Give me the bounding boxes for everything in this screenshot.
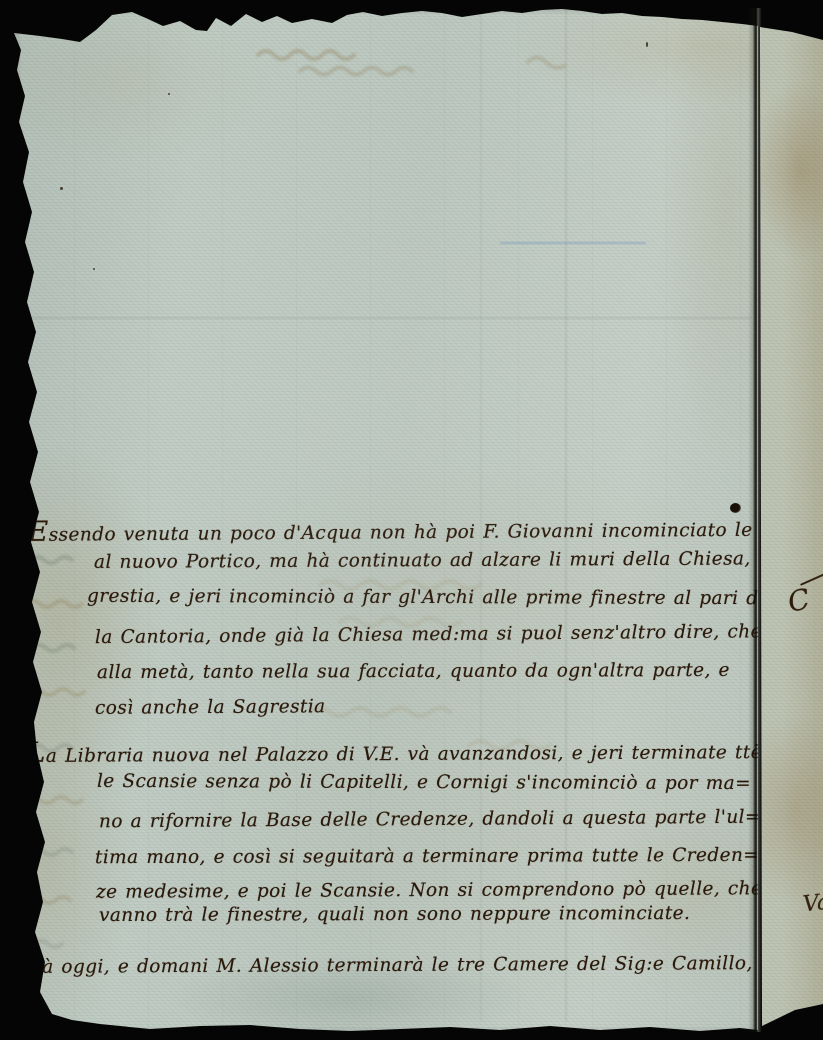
manuscript-line: alla metà, tanto nella sua facciata, qua… — [97, 660, 730, 683]
manuscript-line: al nuovo Portico, ma hà continuato ad al… — [94, 548, 818, 573]
manuscript-line: ze medesime, e poi le Scansie. Non si co… — [96, 878, 762, 902]
manuscript-line: Essendo venuta un poco d'Acqua non hà po… — [28, 509, 823, 548]
fold-crease — [748, 8, 764, 1032]
paper-crease — [480, 10, 482, 1022]
adjacent-page-writing-fragment: C — [785, 582, 813, 619]
ink-speck — [168, 93, 170, 95]
ink-speck — [646, 42, 648, 47]
manuscript-line: no a rifornire la Base delle Credenze, d… — [99, 807, 761, 833]
adjacent-page-writing-fragment: Va — [802, 890, 823, 918]
letter-page: Essendo venuta un poco d'Acqua non hà po… — [0, 0, 823, 1040]
adjacent-page-pen-stroke — [800, 570, 823, 586]
manuscript-line: tima mano, e così si seguitarà a termina… — [95, 845, 759, 868]
manuscript-line: così anche la Sagrestia — [95, 696, 326, 719]
ink-speck — [93, 268, 95, 270]
manuscript-line: La Libraria nuova nel Palazzo di V.E. và… — [27, 732, 762, 769]
manuscript-photo: Essendo venuta un poco d'Acqua non hà po… — [0, 0, 823, 1040]
manuscript-line: grestia, e jeri incominciò a far gl'Arch… — [87, 586, 792, 609]
manuscript-line: le Scansie senza pò li Capitelli, e Corn… — [97, 771, 751, 794]
manuscript-line: vanno trà le finestre, quali non sono ne… — [99, 903, 690, 926]
ink-blot — [730, 503, 741, 513]
ink-speck — [60, 187, 63, 190]
letter-text: Essendo venuta un poco d'Acqua non hà po… — [0, 0, 823, 1040]
paper-crease — [565, 10, 567, 1022]
faint-blue-line — [500, 242, 646, 244]
manuscript-line: la Cantoria, onde già la Chiesa med:ma s… — [95, 621, 797, 648]
paper-crease — [30, 317, 752, 319]
manuscript-line: Trà oggi, e domani M. Alessio terminarà … — [14, 943, 753, 980]
